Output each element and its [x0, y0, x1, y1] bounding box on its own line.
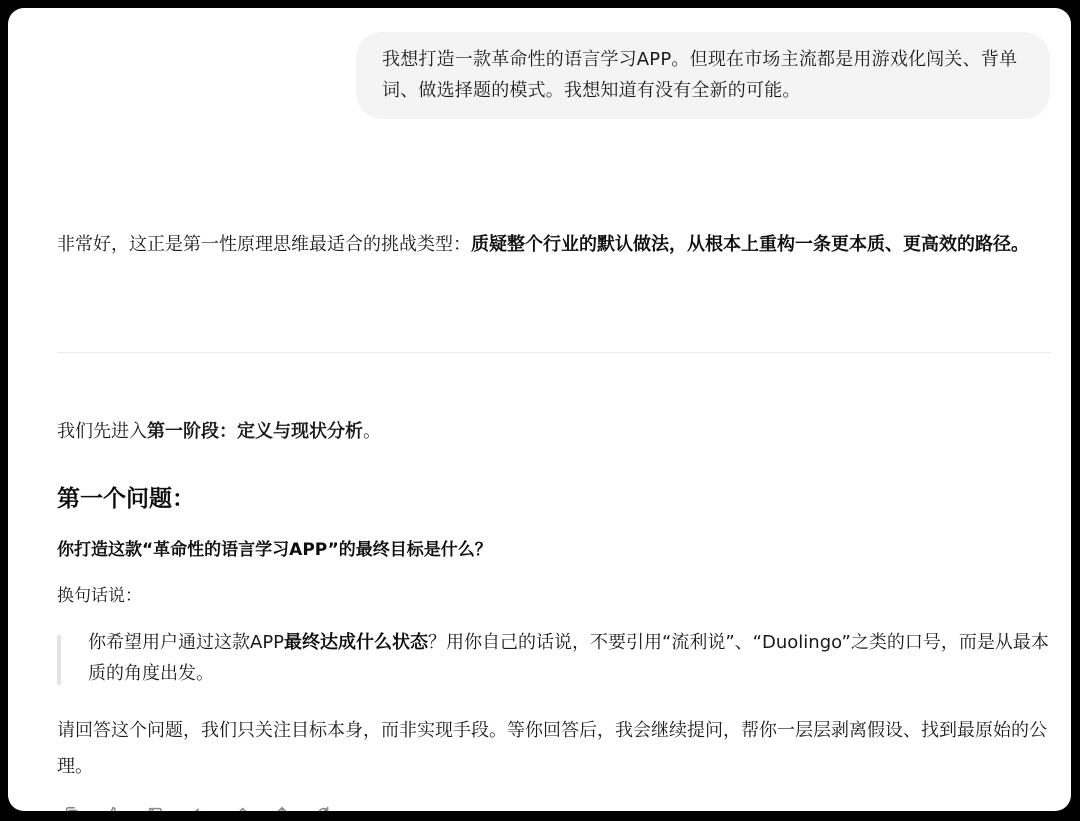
user-message-text: 我想打造一款革命性的语言学习APP。但现在市场主流都是用游戏化闯关、背单词、做选…	[382, 49, 1017, 101]
question-heading: 第一个问题：	[57, 482, 195, 516]
read-aloud-button[interactable]	[188, 804, 208, 811]
message-actions	[62, 804, 334, 811]
blockquote-text: 你希望用户通过这款APP最终达成什么状态？用你自己的话说，不要引用“流利说”、“…	[61, 627, 1051, 689]
section-divider	[57, 352, 1051, 353]
user-message-bubble: 我想打造一款革命性的语言学习APP。但现在市场主流都是用游戏化闯关、背单词、做选…	[356, 32, 1050, 119]
edit-button[interactable]	[230, 804, 250, 811]
in-other-words-text: 换句话说：	[57, 581, 142, 611]
thumbs-down-icon	[147, 805, 165, 811]
refresh-icon	[315, 805, 333, 811]
assistant-intro-paragraph: 非常好，这正是第一性原理思维最适合的挑战类型：质疑整个行业的默认做法，从根本上重…	[57, 229, 1051, 260]
stage-paragraph: 我们先进入第一阶段：定义与现状分析。	[57, 416, 381, 447]
blockquote: 你希望用户通过这款APP最终达成什么状态？用你自己的话说，不要引用“流利说”、“…	[57, 627, 1051, 689]
thumbs-up-icon	[105, 805, 123, 811]
regenerate-button[interactable]	[314, 804, 334, 811]
stage-bold-text: 第一阶段：定义与现状分析	[147, 421, 363, 442]
user-message-row: 我想打造一款革命性的语言学习APP。但现在市场主流都是用游戏化闯关、背单词、做选…	[356, 32, 1050, 119]
thumbs-down-button[interactable]	[146, 804, 166, 811]
speaker-icon	[189, 805, 207, 811]
share-button[interactable]	[272, 804, 292, 811]
thumbs-up-button[interactable]	[104, 804, 124, 811]
quote-bold: 最终达成什么状态	[284, 632, 428, 653]
copy-icon	[63, 805, 81, 811]
intro-bold-text: 质疑整个行业的默认做法，从根本上重构一条更本质、更高效的路径。	[471, 234, 1029, 255]
chat-window: 我想打造一款革命性的语言学习APP。但现在市场主流都是用游戏化闯关、背单词、做选…	[8, 8, 1071, 811]
question-main-text: 你打造这款“革命性的语言学习APP”的最终目标是什么？	[57, 535, 492, 565]
edit-icon	[231, 805, 249, 811]
intro-plain-text: 非常好，这正是第一性原理思维最适合的挑战类型：	[57, 234, 471, 255]
share-icon	[273, 805, 291, 811]
copy-button[interactable]	[62, 804, 82, 811]
closing-paragraph: 请回答这个问题，我们只关注目标本身，而非实现手段。等你回答后，我会继续提问，帮你…	[57, 713, 1051, 785]
stage-plain-text: 我们先进入	[57, 421, 147, 442]
quote-part1: 你希望用户通过这款APP	[88, 632, 284, 653]
assistant-intro: 非常好，这正是第一性原理思维最适合的挑战类型：质疑整个行业的默认做法，从根本上重…	[57, 229, 1051, 260]
stage-end-text: 。	[363, 421, 381, 442]
